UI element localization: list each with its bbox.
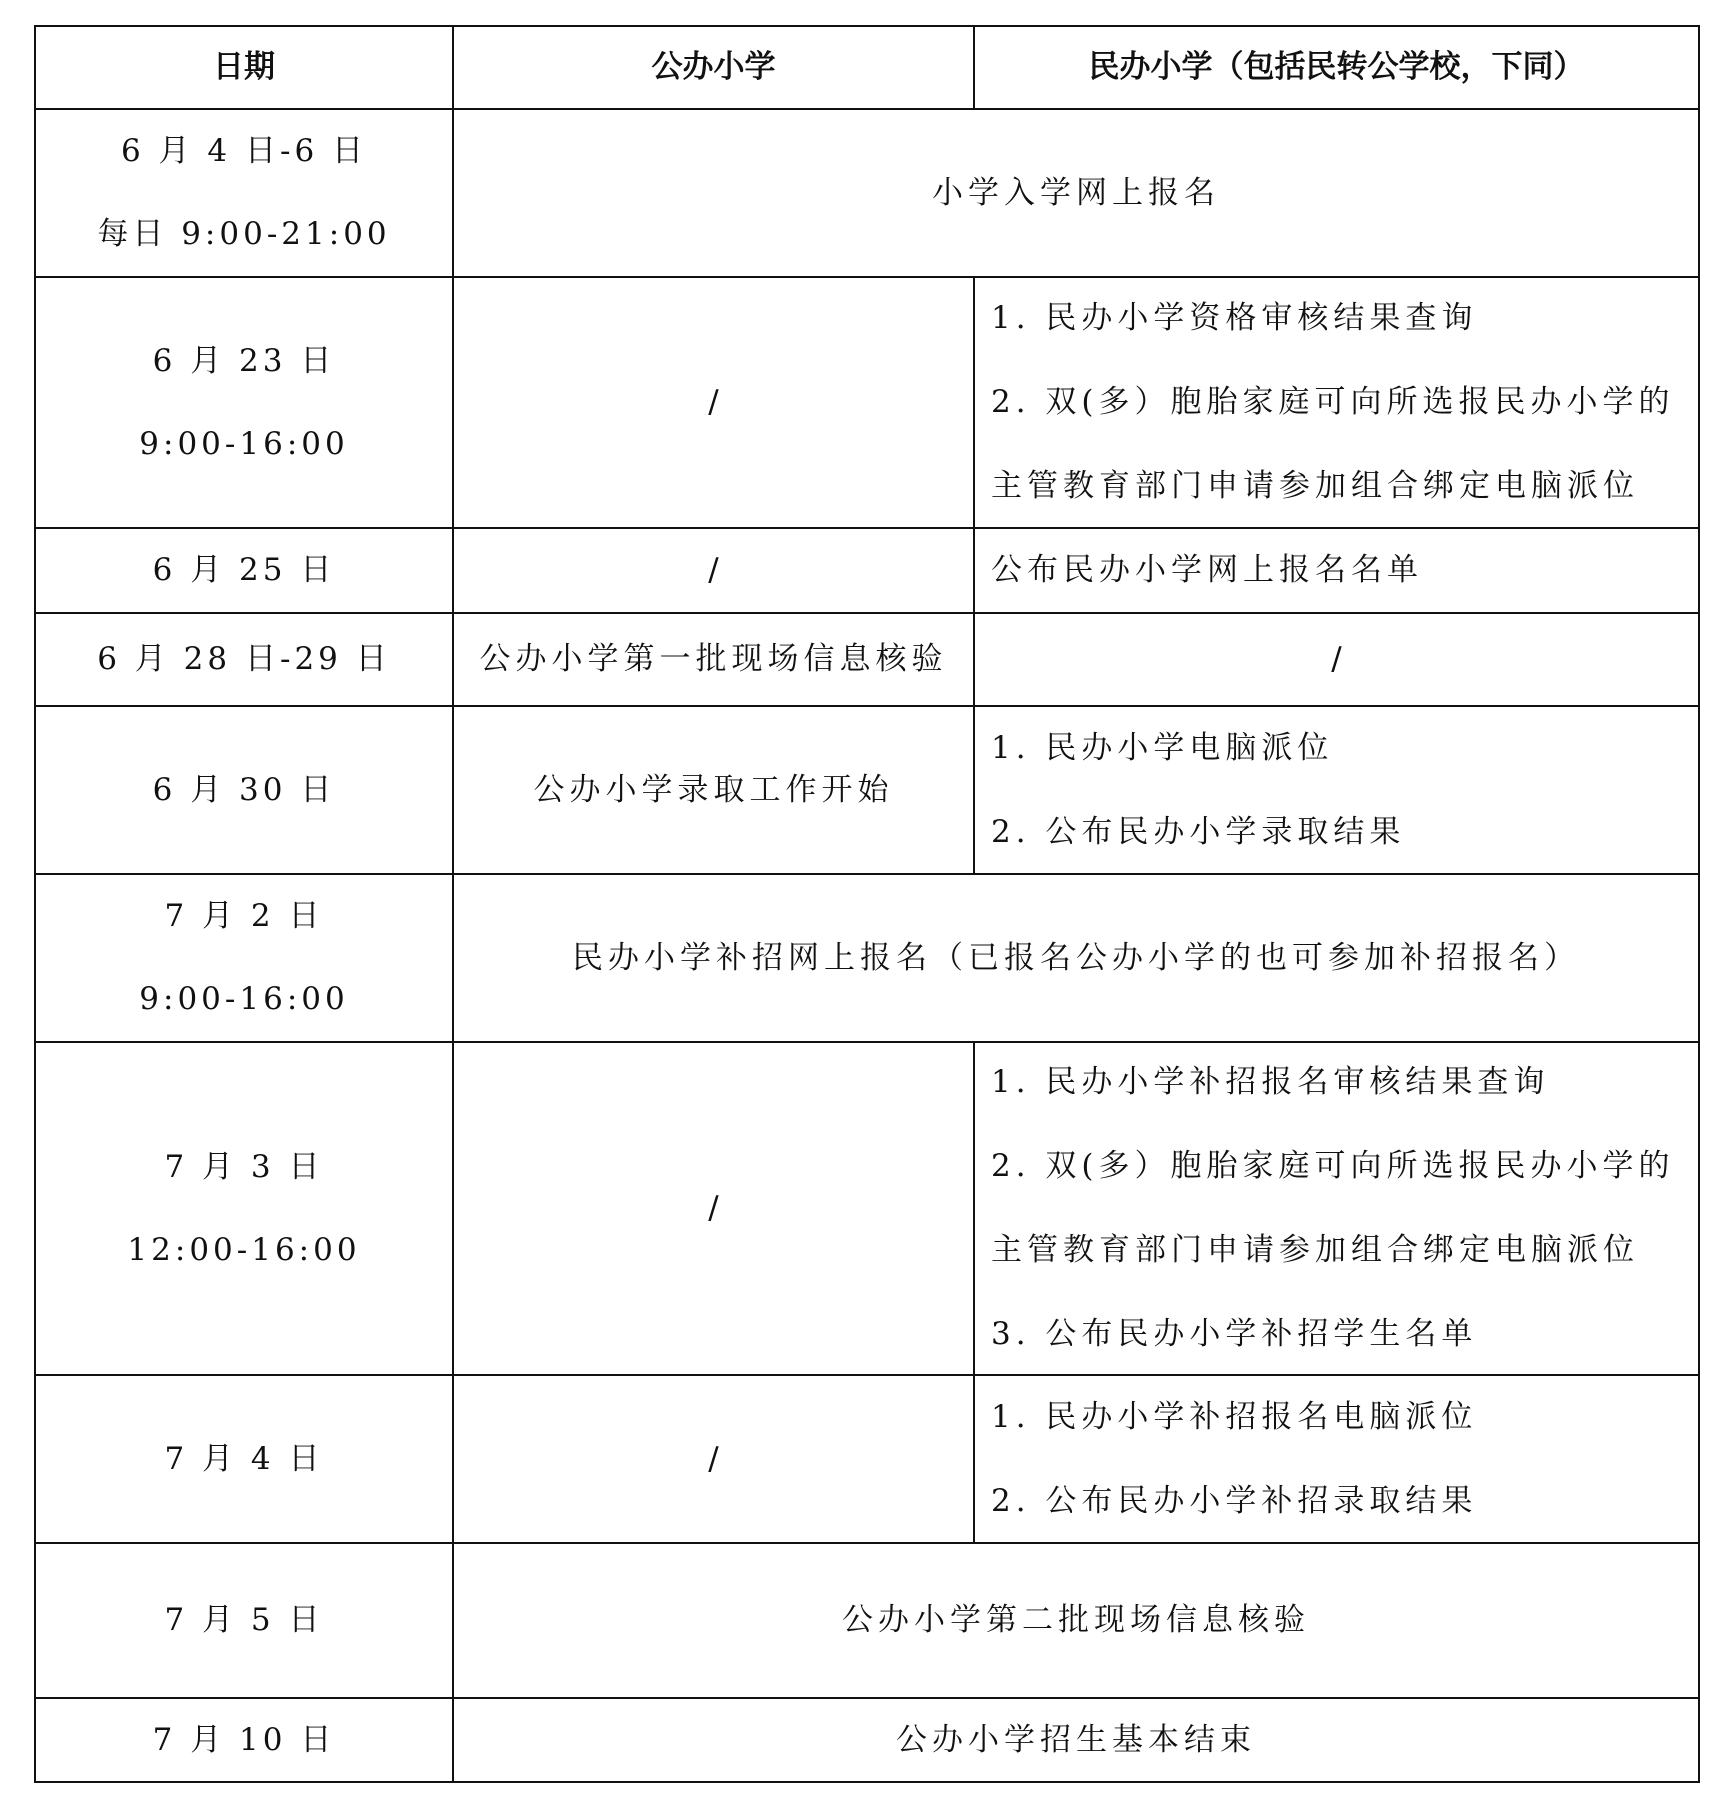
merged-cell: 公办小学第二批现场信息核验 [453,1543,1699,1698]
date-cell: 7 月 5 日 [35,1543,453,1698]
header-public-school: 公办小学 [453,26,974,109]
table-row: 6 月 28 日-29 日 公办小学第一批现场信息核验 / [35,613,1699,706]
merged-cell: 小学入学网上报名 [453,109,1699,277]
date-cell: 7 月 3 日 12:00-16:00 [35,1042,453,1375]
public-cell: 公办小学录取工作开始 [453,706,974,874]
date-cell: 7 月 4 日 [35,1375,453,1543]
merged-cell: 公办小学招生基本结束 [453,1698,1699,1782]
private-cell: / [974,613,1699,706]
table-row: 6 月 25 日 / 公布民办小学网上报名名单 [35,528,1699,613]
private-cell: 1. 民办小学补招报名电脑派位 2. 公布民办小学补招录取结果 [974,1375,1699,1543]
date-cell: 6 月 23 日 9:00-16:00 [35,277,453,528]
merged-cell: 民办小学补招网上报名（已报名公办小学的也可参加补招报名） [453,874,1699,1042]
table-row: 7 月 10 日 公办小学招生基本结束 [35,1698,1699,1782]
table-row: 7 月 5 日 公办小学第二批现场信息核验 [35,1543,1699,1698]
date-cell: 6 月 28 日-29 日 [35,613,453,706]
table-row: 6 月 4 日-6 日 每日 9:00-21:00 小学入学网上报名 [35,109,1699,277]
private-cell: 公布民办小学网上报名名单 [974,528,1699,613]
date-cell: 6 月 4 日-6 日 每日 9:00-21:00 [35,109,453,277]
date-cell: 7 月 2 日 9:00-16:00 [35,874,453,1042]
table-row: 7 月 3 日 12:00-16:00 / 1. 民办小学补招报名审核结果查询 … [35,1042,1699,1375]
header-private-school: 民办小学（包括民转公学校，下同） [974,26,1699,109]
public-cell: / [453,528,974,613]
header-date: 日期 [35,26,453,109]
public-cell: / [453,1375,974,1543]
table-row: 7 月 4 日 / 1. 民办小学补招报名电脑派位 2. 公布民办小学补招录取结… [35,1375,1699,1543]
table-row: 7 月 2 日 9:00-16:00 民办小学补招网上报名（已报名公办小学的也可… [35,874,1699,1042]
date-cell: 6 月 30 日 [35,706,453,874]
private-cell: 1. 民办小学电脑派位 2. 公布民办小学录取结果 [974,706,1699,874]
table-row: 6 月 30 日 公办小学录取工作开始 1. 民办小学电脑派位 2. 公布民办小… [35,706,1699,874]
private-cell: 1. 民办小学资格审核结果查询 2. 双(多）胞胎家庭可向所选报民办小学的 主管… [974,277,1699,528]
date-cell: 6 月 25 日 [35,528,453,613]
date-cell: 7 月 10 日 [35,1698,453,1782]
table-header-row: 日期 公办小学 民办小学（包括民转公学校，下同） [35,26,1699,109]
public-cell: 公办小学第一批现场信息核验 [453,613,974,706]
public-cell: / [453,1042,974,1375]
table-row: 6 月 23 日 9:00-16:00 / 1. 民办小学资格审核结果查询 2.… [35,277,1699,528]
enrollment-schedule-table: 日期 公办小学 民办小学（包括民转公学校，下同） 6 月 4 日-6 日 每日 … [34,25,1700,1783]
private-cell: 1. 民办小学补招报名审核结果查询 2. 双(多）胞胎家庭可向所选报民办小学的 … [974,1042,1699,1375]
public-cell: / [453,277,974,528]
